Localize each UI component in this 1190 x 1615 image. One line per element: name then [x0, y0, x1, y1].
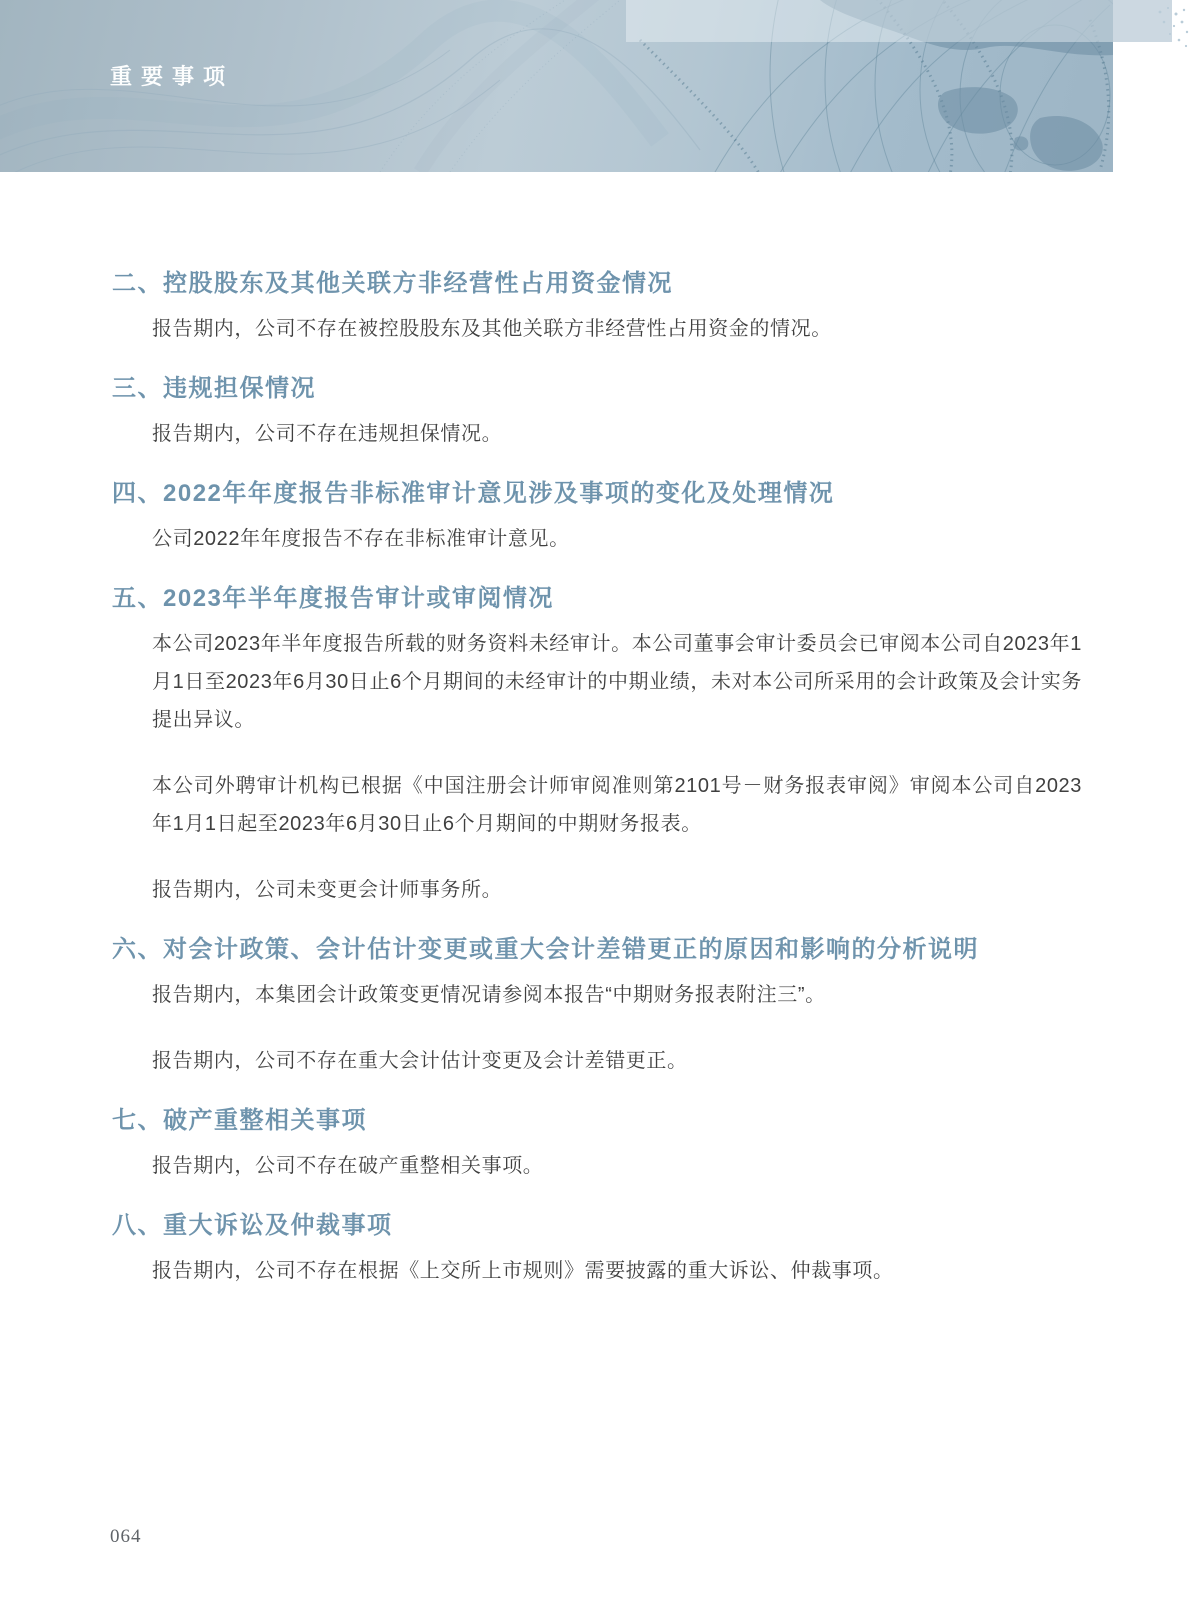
section-paragraph: 报告期内，公司不存在重大会计估计变更及会计差错更正。: [152, 1042, 1082, 1080]
section-2023-interim-audit-review: 五、2023年半年度报告审计或审阅情况 本公司2023年半年度报告所载的财务资料…: [112, 583, 1190, 909]
corner-speckles-decoration: [1154, 4, 1190, 52]
section-heading: 四、2022年年度报告非标准审计意见涉及事项的变化及处理情况: [112, 478, 1190, 510]
page-banner: 重要事项: [0, 0, 1113, 172]
section-paragraph: 本公司外聘审计机构已根据《中国注册会计师审阅准则第2101号－财务报表审阅》审阅…: [152, 767, 1082, 843]
section-irregular-guarantees: 三、违规担保情况 报告期内，公司不存在违规担保情况。: [112, 373, 1190, 453]
report-content: 二、控股股东及其他关联方非经营性占用资金情况 报告期内，公司不存在被控股股东及其…: [0, 172, 1190, 1290]
section-bankruptcy-restructuring: 七、破产重整相关事项 报告期内，公司不存在破产重整相关事项。: [112, 1105, 1190, 1185]
section-heading: 六、对会计政策、会计估计变更或重大会计差错更正的原因和影响的分析说明: [112, 934, 1190, 966]
banner-light-strip: [626, 0, 1113, 42]
section-paragraph: 报告期内，公司不存在破产重整相关事项。: [152, 1147, 1082, 1185]
section-accounting-policy-changes: 六、对会计政策、会计估计变更或重大会计差错更正的原因和影响的分析说明 报告期内，…: [112, 934, 1190, 1080]
section-paragraph: 公司2022年年度报告不存在非标准审计意见。: [152, 520, 1082, 558]
section-heading: 八、重大诉讼及仲裁事项: [112, 1210, 1190, 1242]
page-number: 064: [110, 1526, 142, 1548]
section-heading: 五、2023年半年度报告审计或审阅情况: [112, 583, 1190, 615]
section-paragraph: 本公司2023年半年度报告所载的财务资料未经审计。本公司董事会审计委员会已审阅本…: [152, 625, 1082, 739]
section-controlling-shareholder-funds: 二、控股股东及其他关联方非经营性占用资金情况 报告期内，公司不存在被控股股东及其…: [112, 268, 1190, 348]
section-major-litigation-arbitration: 八、重大诉讼及仲裁事项 报告期内，公司不存在根据《上交所上市规则》需要披露的重大…: [112, 1210, 1190, 1290]
section-paragraph: 报告期内，公司不存在根据《上交所上市规则》需要披露的重大诉讼、仲裁事项。: [152, 1252, 1082, 1290]
section-2022-nonstandard-audit-opinion: 四、2022年年度报告非标准审计意见涉及事项的变化及处理情况 公司2022年年度…: [112, 478, 1190, 558]
section-heading: 二、控股股东及其他关联方非经营性占用资金情况: [112, 268, 1190, 300]
section-heading: 三、违规担保情况: [112, 373, 1190, 405]
report-page: 重要事项 二、控股股东及其他关联方非经营性占用资金情况 报告期内，公司不存在被控…: [0, 0, 1190, 1615]
section-paragraph: 报告期内，公司不存在违规担保情况。: [152, 415, 1082, 453]
section-heading: 七、破产重整相关事项: [112, 1105, 1190, 1137]
section-paragraph: 报告期内，本集团会计政策变更情况请参阅本报告“中期财务报表附注三”。: [152, 976, 1082, 1014]
page-title: 重要事项: [110, 60, 234, 91]
section-paragraph: 报告期内，公司未变更会计师事务所。: [152, 871, 1082, 909]
section-paragraph: 报告期内，公司不存在被控股股东及其他关联方非经营性占用资金的情况。: [152, 310, 1082, 348]
